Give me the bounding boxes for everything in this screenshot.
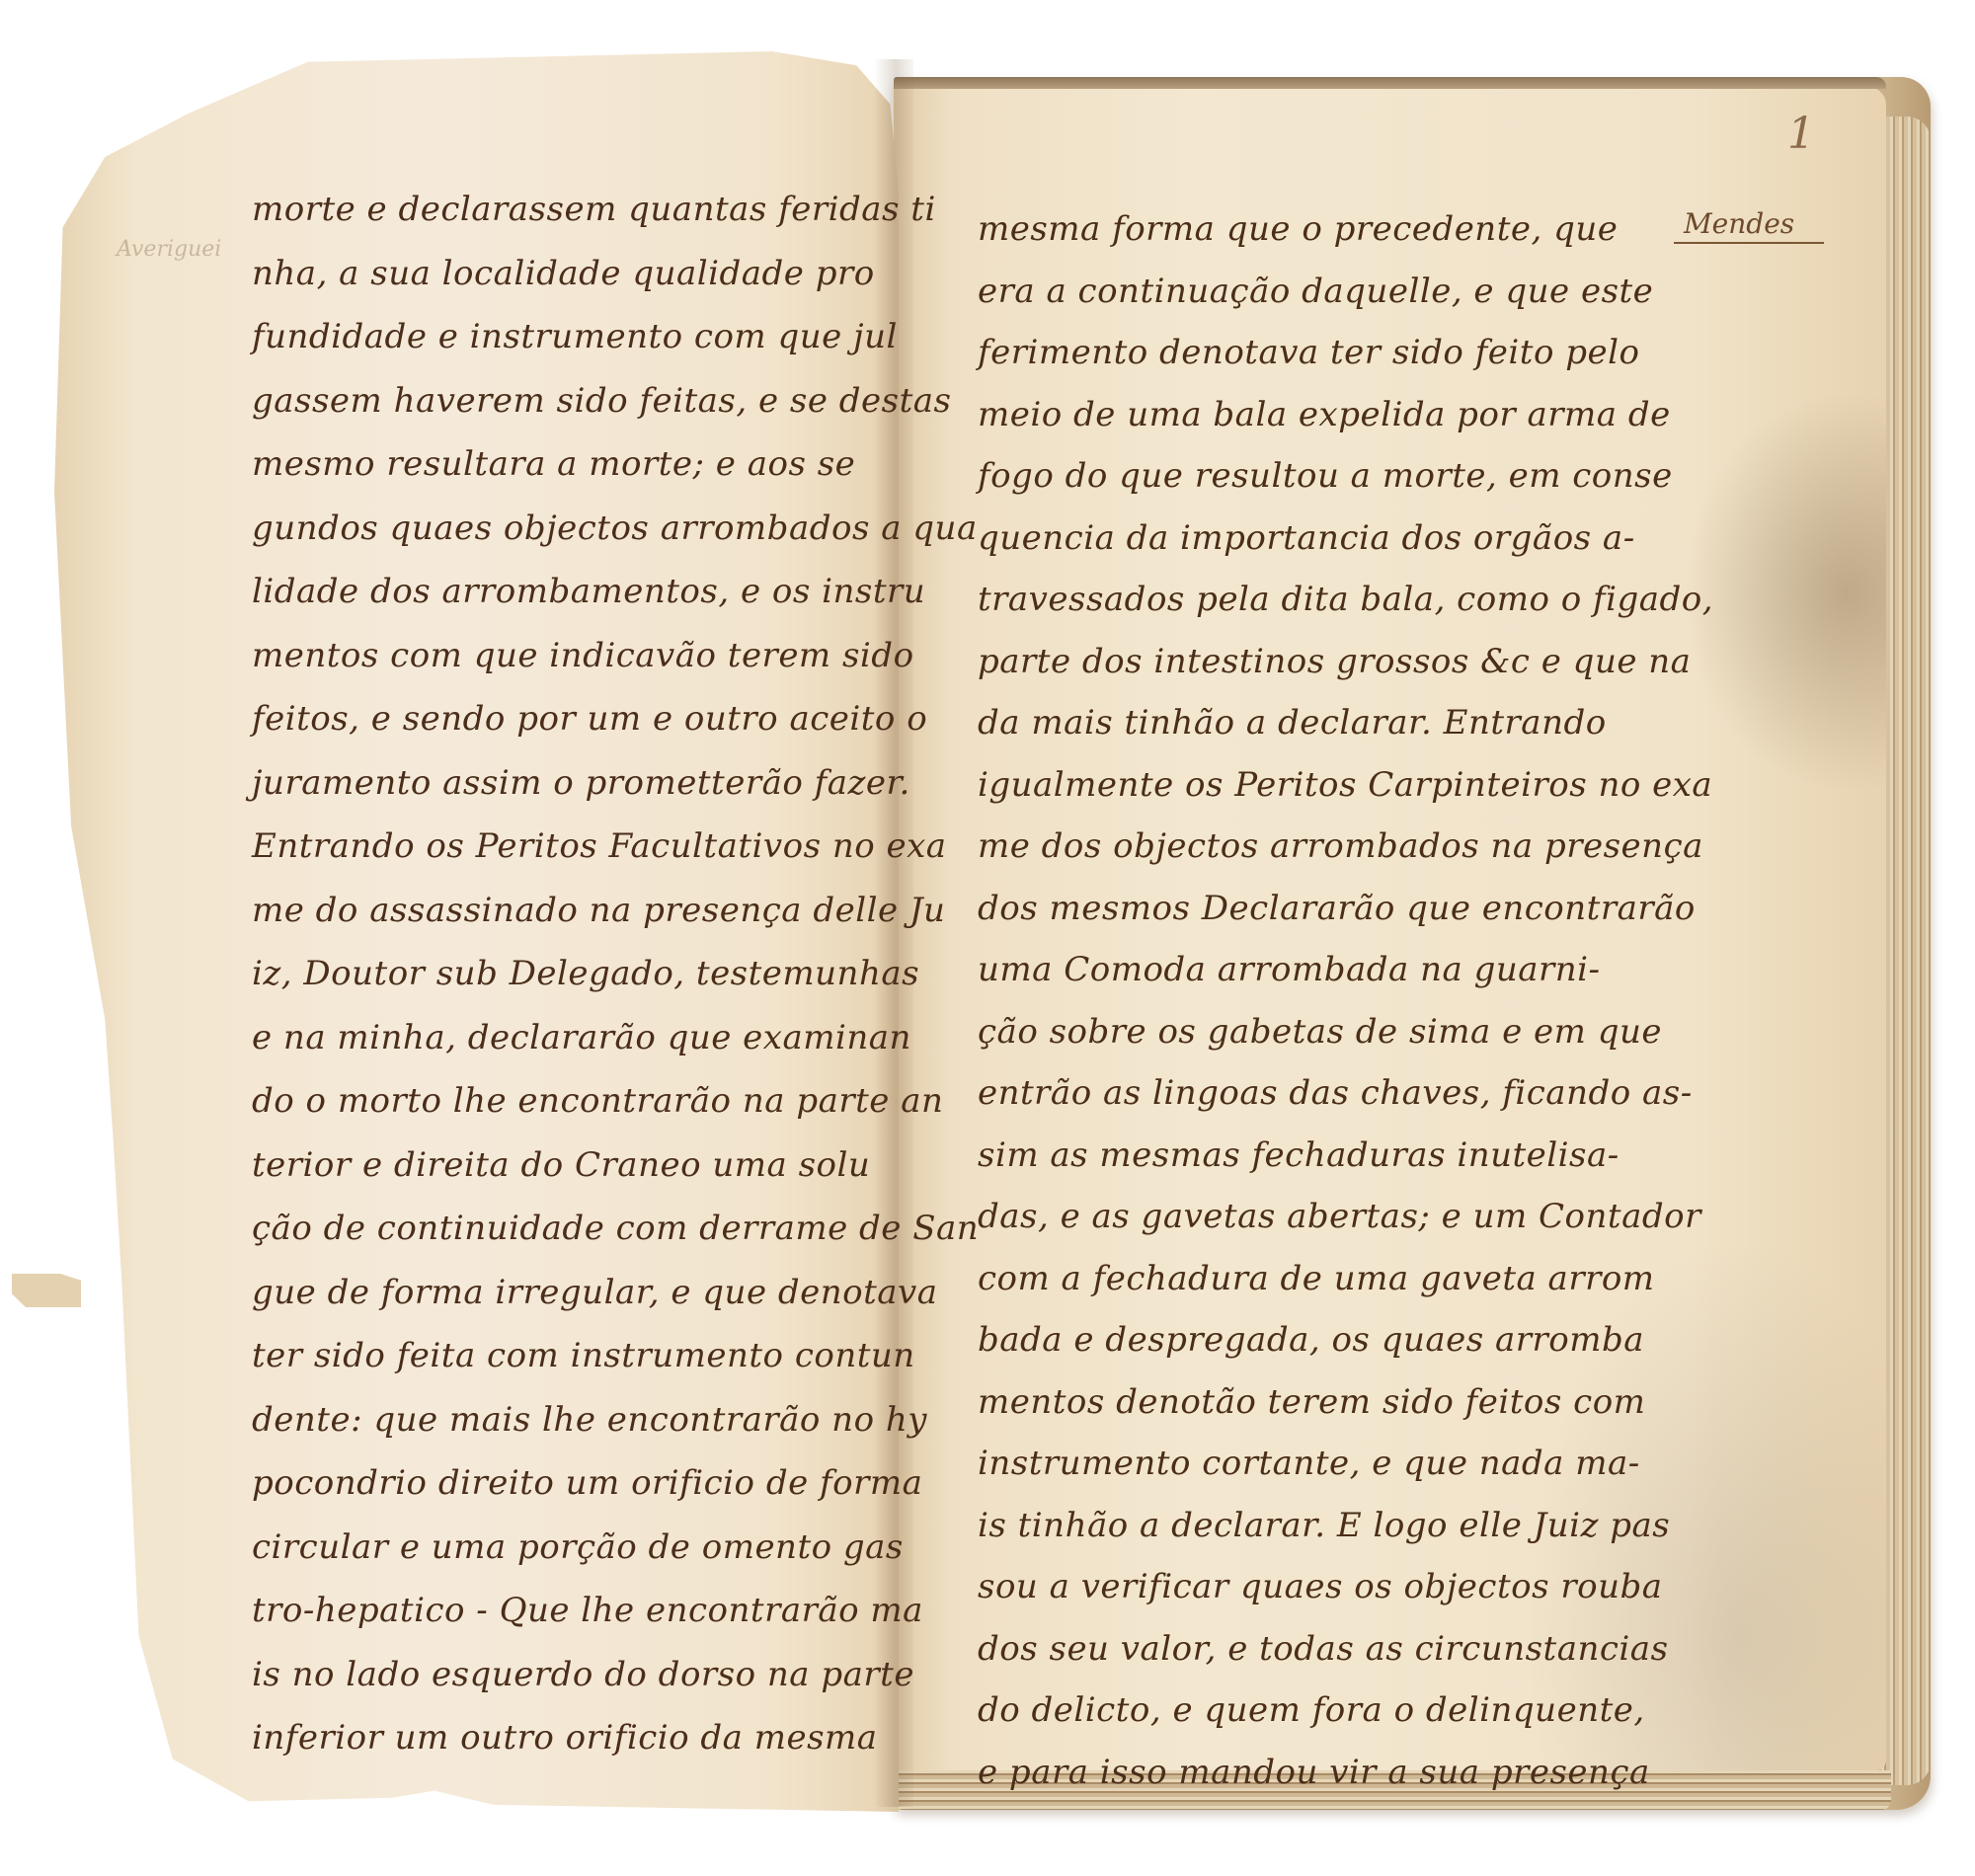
manuscript-line: do o morto lhe encontrarão na parte an (252, 1081, 943, 1121)
folio-number: 1 (1787, 109, 1815, 159)
manuscript-line: fundidade e instrumento com que jul (252, 317, 898, 356)
manuscript-line: dos mesmos Declararão que encontrarão (978, 889, 1696, 928)
manuscript-line: entrão as lingoas das chaves, ficando as… (978, 1073, 1693, 1113)
manuscript-line: gue de forma irregular, e que denotava (252, 1273, 938, 1312)
manuscript-line: ter sido feita com instrumento contun (252, 1336, 915, 1375)
manuscript-line: das, e as gavetas abertas; e um Contador (978, 1197, 1701, 1236)
manuscript-line: ção sobre os gabetas de sima e em que (978, 1012, 1662, 1052)
manuscript-line: mesmo resultara a morte; e aos se (252, 444, 855, 484)
manuscript-line: igualmente os Peritos Carpinteiros no ex… (978, 765, 1712, 805)
manuscript-line: iz, Doutor sub Delegado, testemunhas (252, 954, 919, 993)
manuscript-line: parte dos intestinos grossos &c e que na (978, 642, 1691, 681)
manuscript-line: mesma forma que o precedente, que (978, 209, 1618, 249)
manuscript-line: bada e despregada, os quaes arromba (978, 1320, 1644, 1360)
manuscript-line: lidade dos arrombamentos, e os instru (252, 572, 925, 611)
manuscript-line: com a fechadura de uma gaveta arrom (978, 1259, 1655, 1298)
manuscript-line: is no lado esquerdo do dorso na parte (252, 1655, 914, 1694)
manuscript-line: mentos com que indicavão terem sido (252, 636, 914, 675)
manuscript-line: sou a verificar quaes os objectos rouba (978, 1567, 1663, 1606)
manuscript-line: gassem haverem sido feitas, e se destas (252, 381, 951, 421)
manuscript-line: ferimento denotava ter sido feito pelo (978, 333, 1639, 372)
manuscript-line: inferior um outro orificio da mesma (252, 1718, 878, 1758)
manuscript-line: tro-hepatico - Que lhe encontrarão ma (252, 1591, 923, 1630)
manuscript-line: ção de continuidade com derrame de San (252, 1209, 979, 1248)
manuscript-line: me dos objectos arrombados na presença (978, 826, 1703, 866)
manuscript-line: travessados pela dita bala, como o figad… (978, 580, 1713, 619)
manuscript-line: pocondrio direito um orificio de forma (252, 1463, 922, 1503)
manuscript-line: dos seu valor, e todas as circunstancias (978, 1629, 1669, 1669)
manuscript-line: terior e direita do Craneo uma solu (252, 1145, 870, 1185)
signature-flourish: Mendes (1674, 207, 1824, 244)
page-edges-right (1881, 117, 1931, 1785)
manuscript-line: do delicto, e quem fora o delinquente, (978, 1690, 1645, 1730)
manuscript-line: sim as mesmas fechaduras inutelisa- (978, 1135, 1619, 1175)
right-page-top-edge (894, 77, 1886, 89)
manuscript-line: era a continuação daquelle, e que este (978, 272, 1653, 311)
manuscript-line: quencia da importancia dos orgãos a- (978, 518, 1635, 558)
manuscript-scene: Averiguei 1 Mendes morte e declarassem q… (0, 0, 1975, 1876)
manuscript-line: uma Comoda arrombada na guarni- (978, 950, 1601, 989)
manuscript-line: e na minha, declararão que examinan (252, 1018, 911, 1057)
manuscript-line: morte e declarassem quantas feridas ti (252, 190, 936, 229)
left-margin-note: Averiguei (117, 237, 221, 262)
manuscript-line: is tinhão a declarar. E logo elle Juiz p… (978, 1506, 1670, 1545)
manuscript-line: da mais tinhão a declarar. Entrando (978, 703, 1607, 743)
manuscript-line: nha, a sua localidade qualidade pro (252, 254, 875, 293)
manuscript-line: e para isso mandou vir a sua presença (978, 1753, 1650, 1792)
manuscript-line: juramento assim o prometterão fazer. (252, 763, 910, 803)
manuscript-line: circular e uma porção de omento gas (252, 1527, 904, 1567)
manuscript-line: fogo do que resultou a morte, em conse (978, 456, 1673, 496)
manuscript-line: feitos, e sendo por um e outro aceito o (252, 699, 927, 739)
manuscript-line: meio de uma bala expelida por arma de (978, 395, 1671, 434)
manuscript-line: mentos denotão terem sido feitos com (978, 1382, 1645, 1422)
manuscript-line: gundos quaes objectos arrombados a qua (252, 508, 978, 548)
torn-paper-tab (12, 1274, 81, 1307)
manuscript-line: dente: que mais lhe encontrarão no hy (252, 1400, 927, 1440)
manuscript-line: instrumento cortante, e que nada ma- (978, 1444, 1640, 1483)
manuscript-line: me do assassinado na presença delle Ju (252, 891, 945, 930)
manuscript-line: Entrando os Peritos Facultativos no exa (252, 826, 947, 866)
